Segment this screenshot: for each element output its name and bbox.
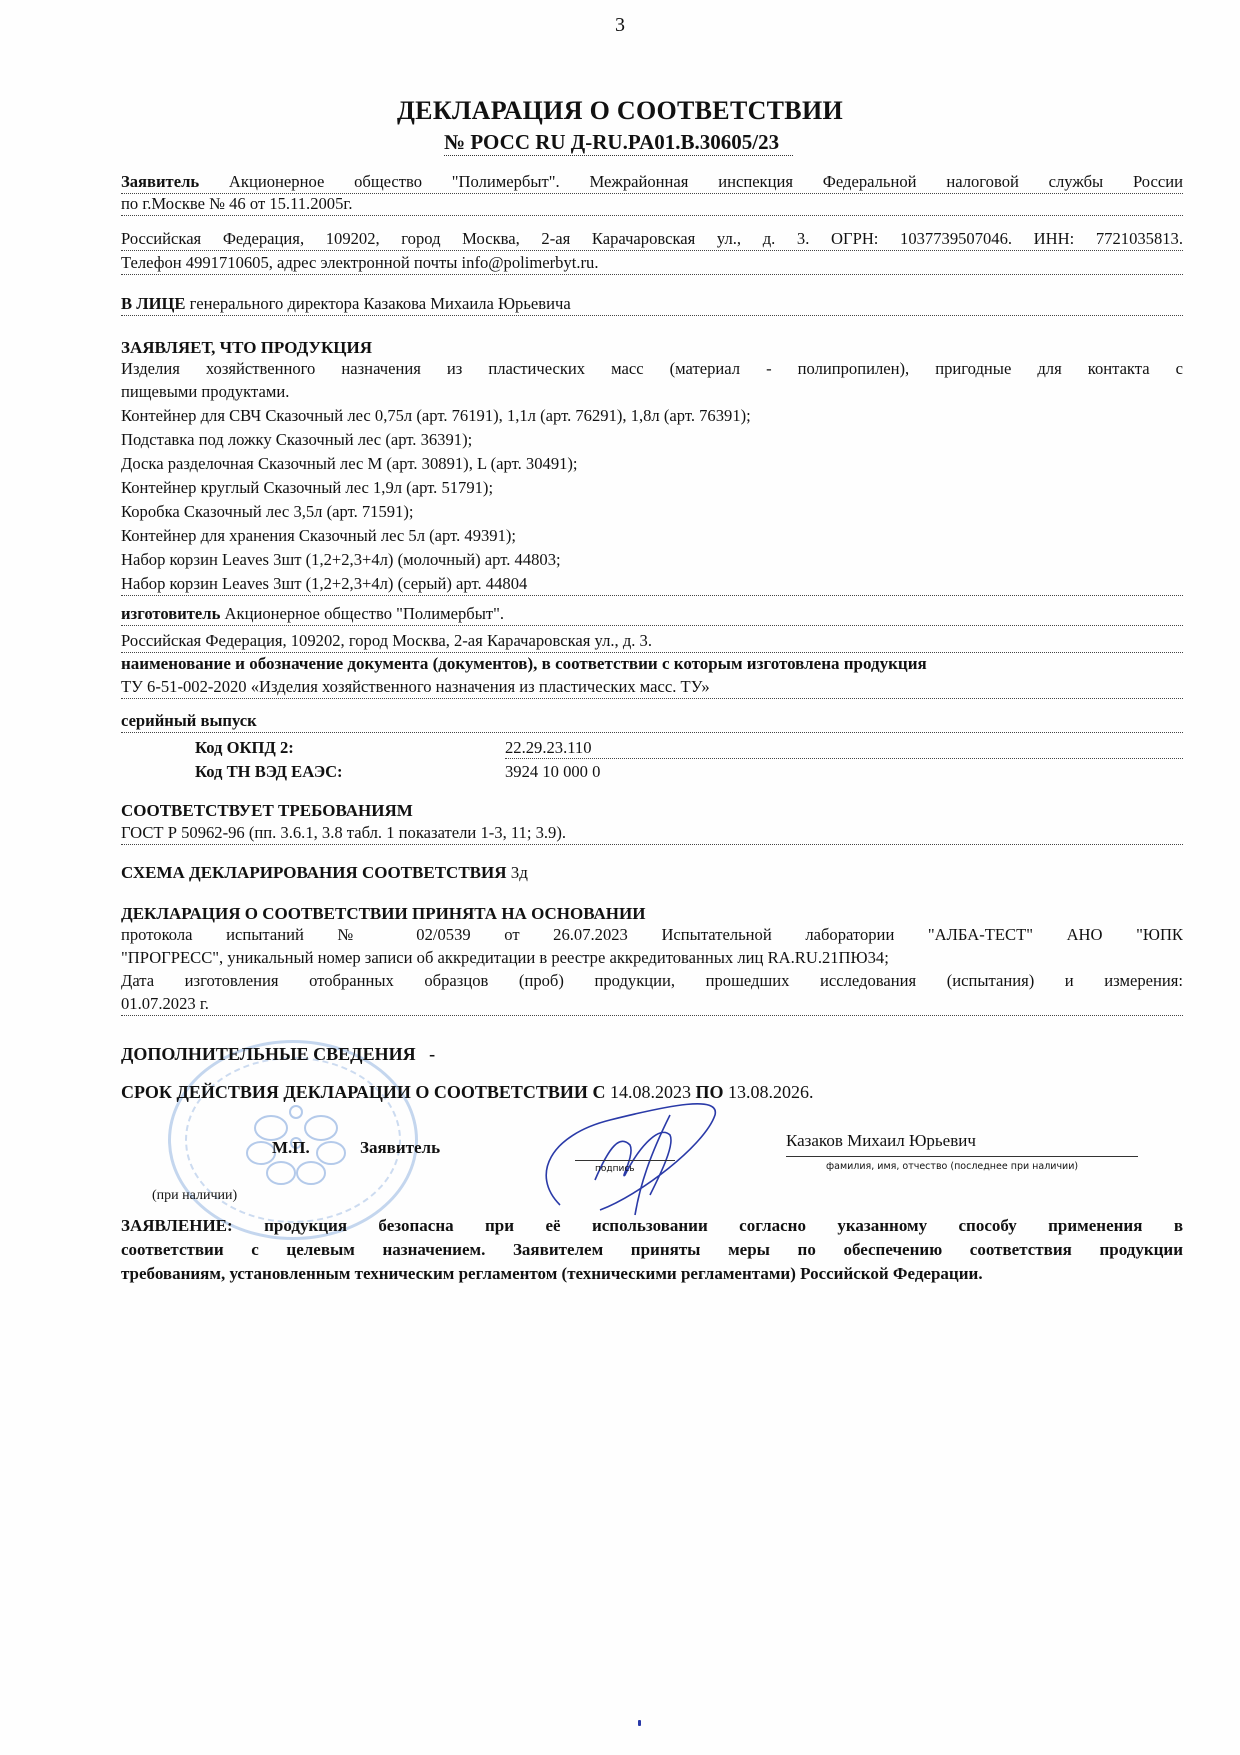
okpd-code-label: Код ОКПД 2: [195, 738, 294, 758]
applicant-text: Акционерное общество "Полимербыт". Межра… [229, 172, 1183, 191]
basis-heading: ДЕКЛАРАЦИЯ О СООТВЕТСТВИИ ПРИНЯТА НА ОСН… [121, 903, 645, 925]
statement-line-3: требованиям, установленным техническим р… [121, 1263, 1183, 1285]
full-name-line [786, 1156, 1138, 1157]
validity-heading: СРОК ДЕЙСТВИЯ ДЕКЛАРАЦИИ О СООТВЕТСТВИИ [121, 1082, 588, 1102]
full-name-caption: фамилия, имя, отчество (последнее при на… [826, 1161, 1078, 1172]
basis-line-2: "ПРОГРЕСС", уникальный номер записи об а… [121, 947, 1183, 969]
represented-by-value: генерального директора Казакова Михаила … [190, 294, 571, 313]
represented-by-line: В ЛИЦЕ генерального директора Казакова М… [121, 293, 1183, 316]
statement-label: ЗАЯВЛЕНИЕ: [121, 1216, 233, 1235]
signature-line [575, 1160, 675, 1161]
product-heading: ЗАЯВЛЯЕТ, ЧТО ПРОДУКЦИЯ [121, 337, 372, 359]
seal-place-label: М.П. [272, 1137, 310, 1159]
product-item: Коробка Сказочный лес 3,5л (арт. 71591); [121, 501, 1183, 523]
document-title: ДЕКЛАРАЦИЯ О СООТВЕТСТВИИ [0, 96, 1240, 126]
basis-line-3: Дата изготовления отобранных образцов (п… [121, 970, 1183, 992]
applicant-line-1: Заявитель Акционерное общество "Полимерб… [121, 171, 1183, 194]
represented-by-label: В ЛИЦЕ [121, 294, 185, 313]
document-number: № РОСС RU Д-RU.PA01.B.30605/23 [444, 130, 793, 156]
product-item: Контейнер для СВЧ Сказочный лес 0,75л (а… [121, 405, 1183, 427]
handwritten-signature-icon [520, 1085, 730, 1225]
standard-doc-value: ТУ 6-51-002-2020 «Изделия хозяйственного… [121, 676, 1183, 699]
applicant-line-2: по г.Москве № 46 от 15.11.2005г. [121, 193, 1183, 216]
applicant-sign-label: Заявитель [360, 1137, 440, 1159]
product-description-1: Изделия хозяйственного назначения из пла… [121, 358, 1183, 380]
manufacturer-address: Российская Федерация, 109202, город Моск… [121, 630, 1183, 653]
requirements-value: ГОСТ Р 50962-96 (пп. 3.6.1, 3.8 табл. 1 … [121, 822, 1183, 845]
product-item: Контейнер для хранения Сказочный лес 5л … [121, 525, 1183, 547]
standard-doc-heading: наименование и обозначение документа (до… [121, 653, 927, 675]
signature-caption: подпись [595, 1164, 635, 1174]
applicant-contacts: Телефон 4991710605, адрес электронной по… [121, 252, 1183, 275]
product-item: Доска разделочная Сказочный лес М (арт. … [121, 453, 1183, 475]
page-number: 3 [0, 14, 1240, 37]
product-item: Подставка под ложку Сказочный лес (арт. … [121, 429, 1183, 451]
manufacturer-label: изготовитель [121, 604, 220, 623]
additional-info-value: - [429, 1044, 435, 1064]
validity-to-date: 13.08.2026. [728, 1082, 814, 1102]
scheme-line: СХЕМА ДЕКЛАРИРОВАНИЯ СООТВЕТСТВИЯ 3д [121, 862, 528, 884]
tnved-code-value: 3924 10 000 0 [505, 762, 1183, 782]
applicant-label: Заявитель [121, 172, 199, 191]
release-type: серийный выпуск [121, 710, 1183, 733]
applicant-address: Российская Федерация, 109202, город Моск… [121, 228, 1183, 251]
signatory-full-name: Казаков Михаил Юрьевич [786, 1131, 976, 1151]
okpd-code-value: 22.29.23.110 [505, 738, 1183, 759]
statement-line-2: соответствии с целевым назначением. Заяв… [121, 1239, 1183, 1261]
statement-line-1: ЗАЯВЛЕНИЕ: продукция безопасна при её ис… [121, 1215, 1183, 1237]
declaration-page: 3 ДЕКЛАРАЦИЯ О СООТВЕТСТВИИ № РОСС RU Д-… [0, 0, 1240, 1755]
manufacturer-line: изготовитель Акционерное общество "Полим… [121, 603, 1183, 626]
product-description-2: пищевыми продуктами. [121, 381, 1183, 403]
product-item: Набор корзин Leaves 3шт (1,2+2,3+4л) (се… [121, 573, 1183, 596]
statement-text-1: продукция безопасна при её использовании… [264, 1216, 1183, 1235]
scheme-heading: СХЕМА ДЕКЛАРИРОВАНИЯ СООТВЕТСТВИЯ [121, 863, 507, 882]
additional-info-heading: ДОПОЛНИТЕЛЬНЫЕ СВЕДЕНИЯ [121, 1044, 416, 1064]
if-any-caption: (при наличии) [152, 1185, 237, 1207]
manufacturer-name: Акционерное общество "Полимербыт". [225, 604, 505, 623]
basis-line-4: 01.07.2023 г. [121, 993, 1183, 1016]
basis-line-1: протокола испытаний № 02/0539 от 26.07.2… [121, 924, 1183, 946]
product-item: Контейнер круглый Сказочный лес 1,9л (ар… [121, 477, 1183, 499]
scheme-value: 3д [511, 863, 528, 882]
ink-mark [638, 1720, 641, 1726]
additional-info-line: ДОПОЛНИТЕЛЬНЫЕ СВЕДЕНИЯ - [121, 1043, 435, 1065]
requirements-heading: СООТВЕТСТВУЕТ ТРЕБОВАНИЯМ [121, 800, 413, 822]
tnved-code-label: Код ТН ВЭД ЕАЭС: [195, 762, 343, 782]
product-item: Набор корзин Leaves 3шт (1,2+2,3+4л) (мо… [121, 549, 1183, 571]
